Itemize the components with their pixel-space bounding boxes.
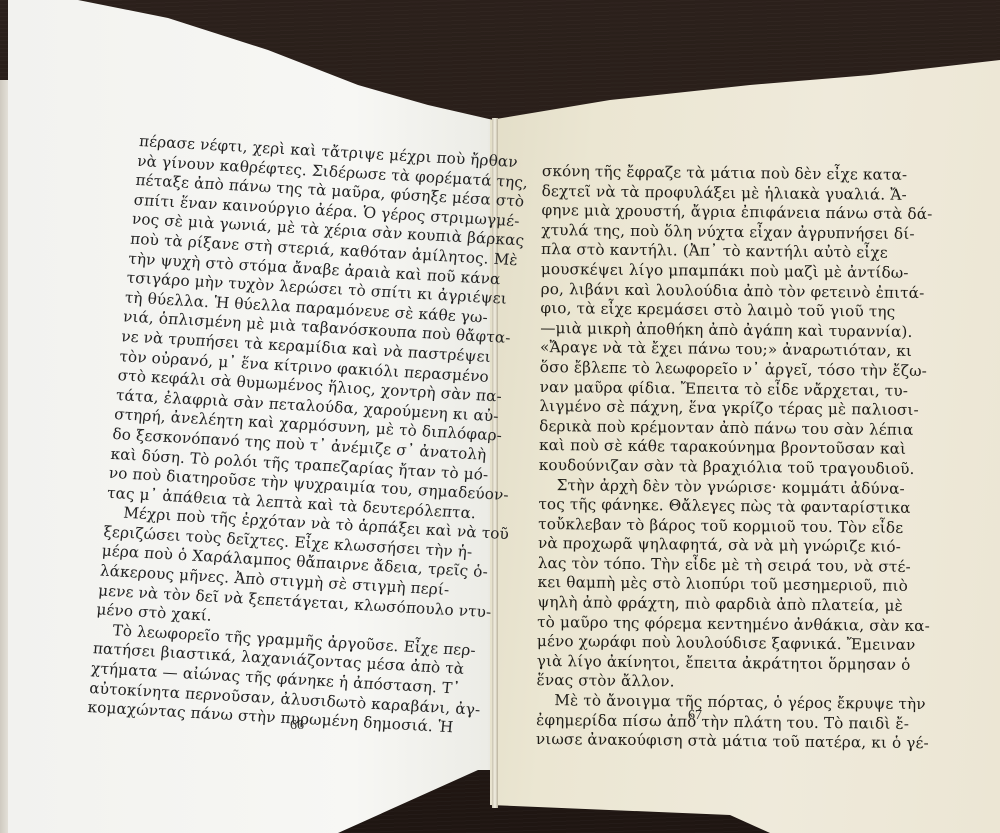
left-page-text: πέρασε νέφτι, χερὶ καὶ τἄτριψε μέχρι ποὺ… <box>87 132 475 736</box>
text-line: νιωσε ἀνακούφιση στὰ μάτια τοῦ πατέρα, κ… <box>536 730 896 753</box>
page-number-right: 67 <box>688 708 702 724</box>
right-page-text: σκόνη τῆς ἔφραζε τὰ μάτια ποὺ δὲν εἶχε κ… <box>536 162 902 754</box>
page-number-left: 66 <box>290 718 304 734</box>
